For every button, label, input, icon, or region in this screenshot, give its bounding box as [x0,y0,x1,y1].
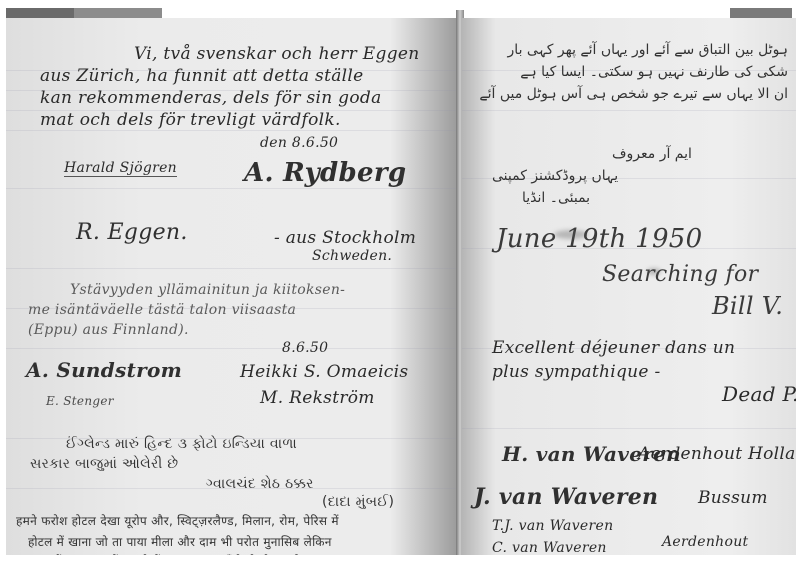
english-line-2: Bill V. [712,292,783,320]
signature-rekstrom: M. Rekström [260,388,375,408]
signature-c-van-waveren: C. van Waveren [492,540,607,555]
left-page: Vi, två svenskar och herr Eggen aus Züri… [6,18,458,555]
signature-j-van-waveren: J. van Waveren [474,484,658,510]
urdu-city: بمبئی۔ انڈیا [522,190,590,206]
gujarati-signature-sub: (દાદા મુંબઈ) [322,494,394,510]
place-oostduinlaan: Oostduinlaan [662,554,747,555]
swedish-line-1: Vi, två svenskar och herr Eggen [134,44,419,64]
swedish-line-2: aus Zürich, ha funnit att detta ställe [40,66,363,86]
urdu-company: یہاں پروڈکشنز کمپنی [492,168,618,184]
hindi-line-2: होटल में खाना जो ता पाया मीला और दाम भी … [28,533,332,550]
english-line-1: Searching for [602,262,758,287]
swedish-line-4: mat och dels för trevligt värdfolk. [40,110,341,130]
signature-eggen: R. Eggen. [76,220,188,245]
eggen-origin: - aus Stockholm [274,228,416,248]
place-aerdenhout: Aerdenhout [662,534,748,550]
signature-tj-van-waveren: T.J. van Waveren [492,518,613,534]
finnish-date: 8.6.50 [282,340,328,356]
gujarati-line-1: ઈંગ્લેન્ડ મારું હિન્દ ૩ ફોટો ઇન્ડિયા વાળ… [66,436,297,452]
place-bussum: Bussum [698,488,768,508]
finnish-line-2: me isäntäväelle tästä talon viisaasta [28,302,296,318]
urdu-line-2: شکی کی طارنف نہیں ہو سکتی۔ ایسا کیا ہے [520,64,788,80]
place-aerdenhout-holland: Aerdenhout Holland [638,444,796,464]
eggen-country: Schweden. [312,248,392,264]
urdu-line-1: ہوٹل بین التباق سے آئے اور یہاں آئے پھر … [508,42,788,58]
english-date: June 19th 1950 [496,224,702,254]
finnish-line-3: (Eppu) aus Finnland). [28,322,189,338]
french-line-2: plus sympathique - [492,362,661,382]
gujarati-line-2: સરકાર બાજુમાં ઓલેરી છે [30,456,178,472]
signature-sundstrom: A. Sundstrom [26,358,182,382]
hindi-line-3: ...मैं यह मुल्क में मामले में मालूम करता… [42,552,329,555]
swedish-date: den 8.6.50 [260,135,338,151]
ink-smudge [647,268,661,275]
urdu-name: ایم آر معروف [612,146,692,162]
french-signature: Dead P. [722,382,796,406]
finnish-line-1: Ystävyyden yllämainitun ja kiitoksen- [70,282,345,298]
signature-rydberg: A. Rydberg [244,158,406,188]
swedish-line-3: kan rekommenderas, dels för sin goda [40,88,382,108]
urdu-line-3: ان الا یہاں سے تیرے جو شخص ہی آس ہوٹل می… [479,86,788,102]
signature-harald-sjogren: Harald Sjögren [64,160,177,177]
gujarati-signature: ગ્વાલચંદ શેઠ ઠક્કર [206,476,314,492]
guestbook-photo: Vi, två svenskar och herr Eggen aus Züri… [0,0,800,565]
right-page: ہوٹل بین التباق سے آئے اور یہاں آئے پھر … [462,18,796,555]
hindi-line-1: हमने फरोश होटल देखा यूरोप और, स्विट्ज़रल… [16,512,339,529]
signature-omaeicis: Heikki S. Omaeicis [240,362,408,382]
french-line-1: Excellent déjeuner dans un [492,338,735,358]
signature-stenger: E. Stenger [46,394,114,408]
ink-smudge [554,230,588,239]
